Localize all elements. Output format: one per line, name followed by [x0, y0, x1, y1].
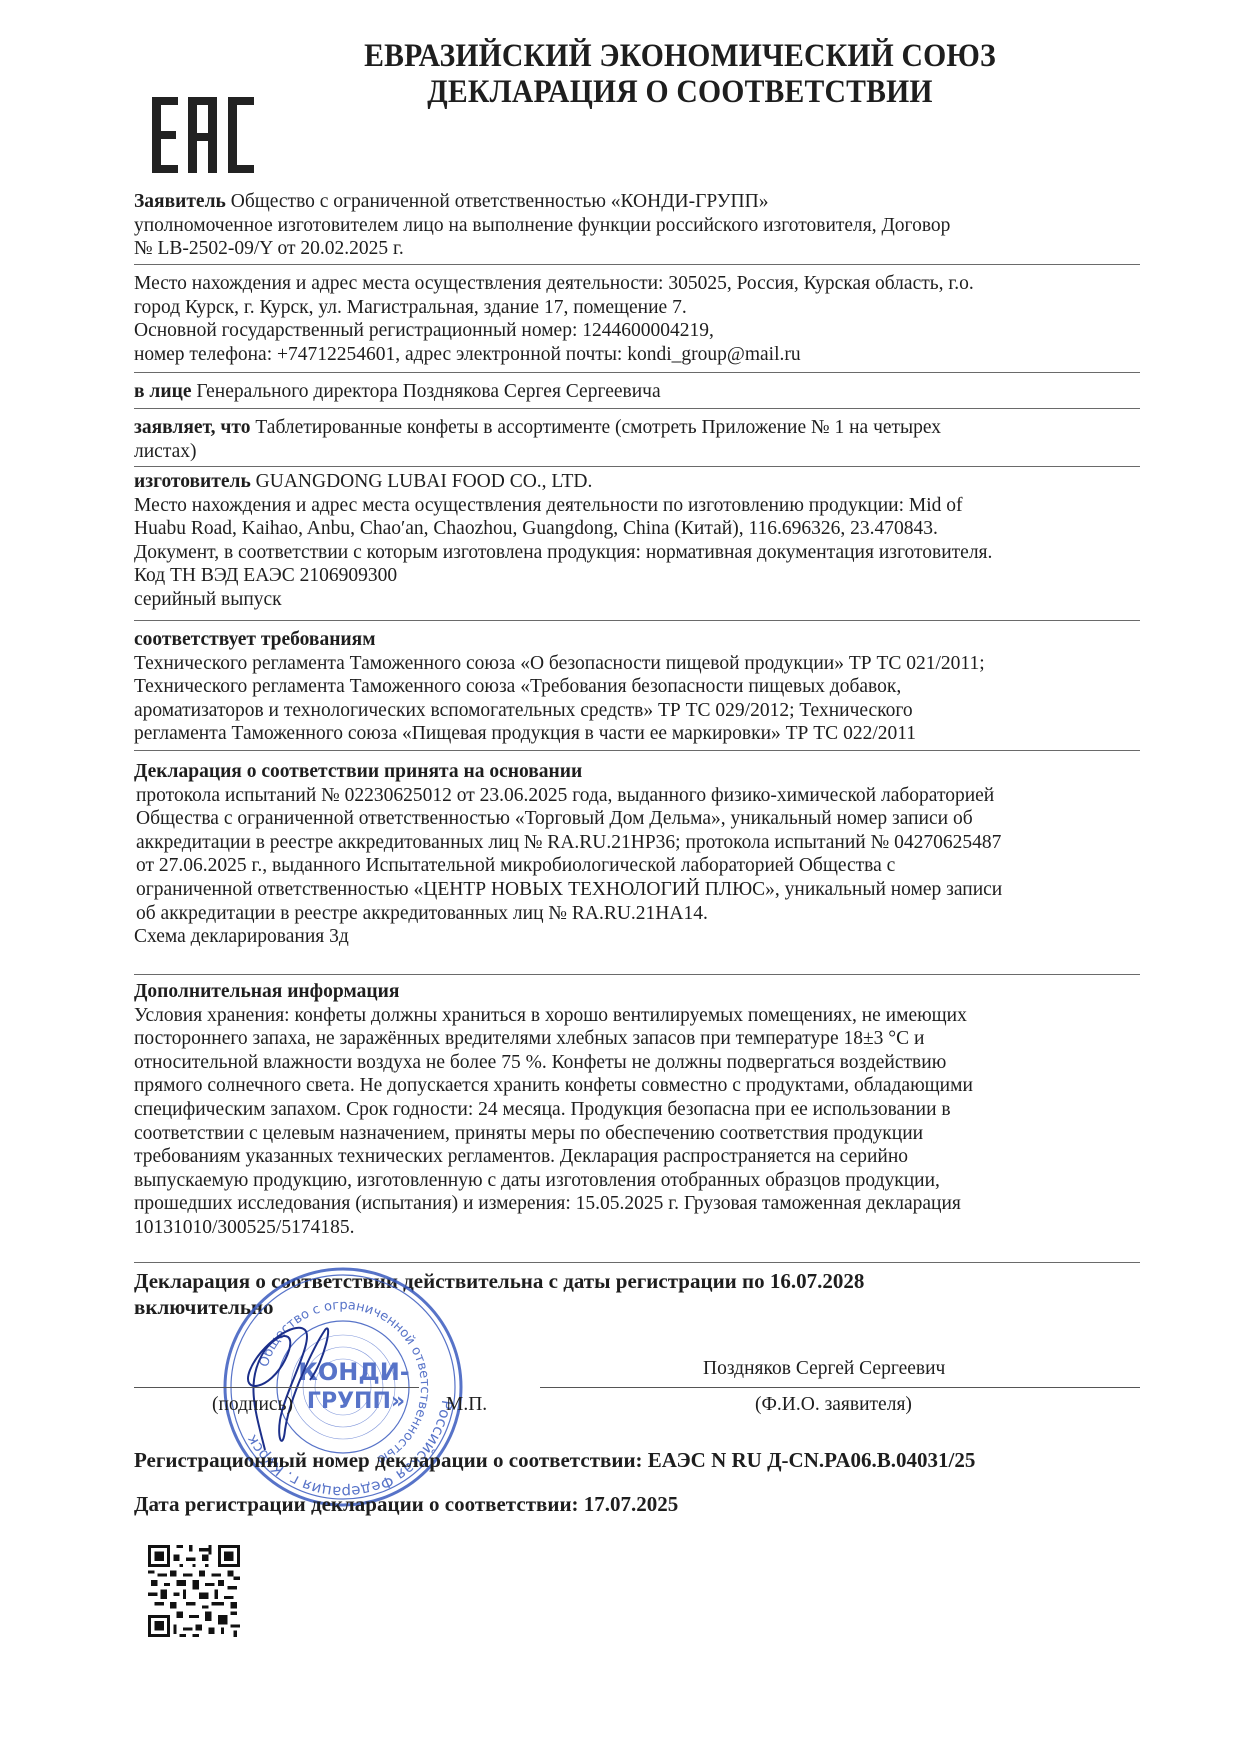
applicant-authorization: уполномоченное изготовителем лицо на вып…: [134, 214, 1140, 238]
registration-date: Дата регистрации декларации о соответств…: [134, 1492, 678, 1517]
name-line: [540, 1387, 1140, 1388]
additional-info-line: выпускаемую продукцию, изготовленную с д…: [134, 1169, 1140, 1193]
basis-line: об аккредитации в реестре аккредитованны…: [134, 902, 1140, 926]
basis-section: Декларация о соответствии принята на осн…: [134, 760, 1140, 949]
declaration-scheme: Схема декларирования 3д: [134, 925, 1140, 949]
applicant-label: Заявитель: [134, 191, 226, 212]
manufacturer-address-line2: Huabu Road, Kaihao, Anbu, Chao′an, Chaoz…: [134, 517, 1140, 541]
representative-label: в лице: [134, 381, 191, 402]
divider: [134, 974, 1140, 975]
additional-info-line: постороннего запаха, не заражённых вреди…: [134, 1027, 1140, 1051]
applicant-contract: № LB-2502-09/Y от 20.02.2025 г.: [134, 237, 1140, 261]
declaration-page: ЕВРАЗИЙСКИЙ ЭКОНОМИЧЕСКИЙ СОЮЗ ДЕКЛАРАЦИ…: [0, 0, 1240, 1754]
handwritten-signature: [225, 1300, 345, 1470]
additional-info-line: прямого солнечного света. Не допускается…: [134, 1074, 1140, 1098]
representative-text: Генерального директора Позднякова Сергея…: [196, 381, 660, 402]
basis-line: от 27.06.2025 г., выданного Испытательно…: [134, 854, 1140, 878]
basis-line: Общества с ограниченной ответственностью…: [134, 807, 1140, 831]
basis-line: ограниченной ответственностью «ЦЕНТР НОВ…: [134, 878, 1140, 902]
regulation-line: Технического регламента Таможенного союз…: [134, 652, 1140, 676]
registration-number: Регистрационный номер декларации о соотв…: [134, 1448, 975, 1473]
applicant-address-line1: Место нахождения и адрес места осуществл…: [134, 272, 1140, 296]
additional-info-line: Условия хранения: конфеты должны хранить…: [134, 1004, 1140, 1028]
hs-code: Код ТН ВЭД ЕАЭС 2106909300: [134, 564, 1140, 588]
applicant-ogrn: Основной государственный регистрационный…: [134, 319, 1140, 343]
applicant-name: Общество с ограниченной ответственностью…: [231, 191, 769, 212]
release-type: серийный выпуск: [134, 588, 1140, 612]
divider: [134, 466, 1140, 467]
document-title: ДЕКЛАРАЦИЯ О СООТВЕТСТВИИ: [338, 74, 1022, 111]
additional-info-line: требованиям указанных технических реглам…: [134, 1145, 1140, 1169]
regulation-line: ароматизаторов и технологических вспомог…: [134, 699, 1140, 723]
applicant-signer-name: Поздняков Сергей Сергеевич: [703, 1358, 945, 1380]
qr-code: [148, 1545, 240, 1637]
additional-info-line: прошедших исследования (испытания) и изм…: [134, 1192, 1140, 1216]
representative-section: в лице Генерального директора Позднякова…: [134, 380, 1140, 404]
basis-label: Декларация о соответствии принята на осн…: [134, 760, 1140, 784]
applicant-section: Заявитель Общество с ограниченной ответс…: [134, 190, 1140, 261]
declares-label: заявляет, что: [134, 417, 251, 438]
signature-line: [134, 1387, 419, 1388]
additional-info-label: Дополнительная информация: [134, 980, 1140, 1004]
applicant-contact: номер телефона: +74712254601, адрес элек…: [134, 343, 1140, 367]
signature-caption: (подпись): [212, 1394, 293, 1416]
additional-info-section: Дополнительная информация Условия хранен…: [134, 980, 1140, 1240]
eac-logo-icon: [150, 95, 260, 175]
applicant-address-section: Место нахождения и адрес места осуществл…: [134, 272, 1140, 366]
product-description-cont: листах): [134, 440, 1140, 464]
seal-caption: М.П.: [446, 1394, 487, 1416]
complies-label: соответствует требованиям: [134, 628, 1140, 652]
applicant-address-line2: город Курск, г. Курск, ул. Магистральная…: [134, 296, 1140, 320]
manufacturer-name: GUANGDONG LUBAI FOOD CO., LTD.: [256, 471, 593, 492]
manufacturer-label: изготовитель: [134, 471, 251, 492]
name-caption: (Ф.И.О. заявителя): [755, 1394, 912, 1416]
regulation-line: регламента Таможенного союза «Пищевая пр…: [134, 722, 1140, 746]
complies-section: соответствует требованиям Технического р…: [134, 628, 1140, 746]
manufacturer-address-line1: Место нахождения и адрес места осуществл…: [134, 494, 1140, 518]
divider: [134, 408, 1140, 409]
basis-line: протокола испытаний № 02230625012 от 23.…: [134, 784, 1140, 808]
additional-info-line: относительной влажности воздуха не более…: [134, 1051, 1140, 1075]
manufacturer-section: изготовитель GUANGDONG LUBAI FOOD CO., L…: [134, 470, 1140, 612]
basis-line: аккредитации в реестре аккредитованных л…: [134, 831, 1140, 855]
additional-info-line: специфическим запахом. Срок годности: 24…: [134, 1098, 1140, 1122]
divider: [134, 264, 1140, 265]
product-description: Таблетированные конфеты в ассортименте (…: [255, 417, 941, 438]
divider: [134, 750, 1140, 751]
divider: [134, 372, 1140, 373]
union-title: ЕВРАЗИЙСКИЙ ЭКОНОМИЧЕСКИЙ СОЮЗ: [338, 38, 1022, 75]
additional-info-line: соответствии с целевым назначением, прин…: [134, 1122, 1140, 1146]
additional-info-line: 10131010/300525/5174185.: [134, 1216, 1140, 1240]
divider: [134, 620, 1140, 621]
regulation-line: Технического регламента Таможенного союз…: [134, 675, 1140, 699]
declares-section: заявляет, что Таблетированные конфеты в …: [134, 416, 1140, 463]
manufacturer-document: Документ, в соответствии с которым изгот…: [134, 541, 1140, 565]
